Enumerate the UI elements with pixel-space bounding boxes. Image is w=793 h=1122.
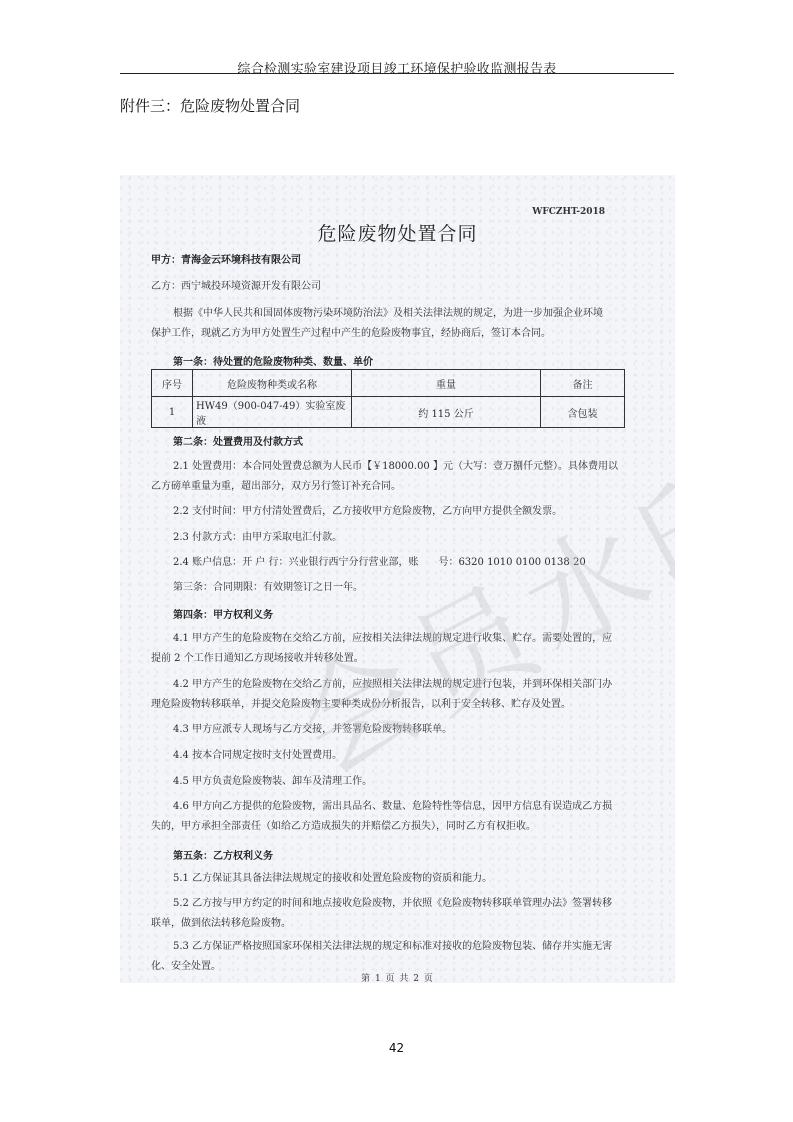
clause-4-2-line-2: 理危险废物转移联单，并提交危险废物主要种类成份分析报告，以利于安全转移、贮存及处… [151,699,571,711]
clause-2-1-line-1: 2.1 处置费用：本合同处置费总额为人民币【￥18000.00 】元（大写：壹万… [173,461,618,473]
table-row: 1 HW49（900-047-49）实验室废液 约 115 公斤 含包装 [152,397,625,428]
clause-2-2: 2.2 支付时间：甲方付清处置费后，乙方接收甲方危险废物，乙方向甲方提供全额发票… [173,506,562,518]
article-3: 第三条：合同期限：有效期签订之日一年。 [173,582,363,594]
header-cell-remark: 备注 [541,370,625,397]
table-header-row: 序号 危险废物种类或名称 重量 备注 [152,370,625,397]
header-rule [120,73,674,74]
clause-4-5: 4.5 甲方负责危险废物装、卸车及清理工作。 [173,776,372,788]
party-b: 乙方：西宁城投环境资源开发有限公司 [151,281,321,293]
clause-4-1-line-1: 4.1 甲方产生的危险废物在交给乙方前，应按相关法律法规的规定进行收集、贮存。需… [173,633,612,645]
scanned-contract-image: WFCZHT-2018 危险废物处置合同 甲方：青海金云环境科技有限公司 乙方：… [120,175,675,983]
cell-name: HW49（900-047-49）实验室废液 [193,397,352,428]
clause-5-2-line-2: 联单，做到依法转移危险废物。 [151,918,291,930]
cell-weight: 约 115 公斤 [352,397,541,428]
clause-5-1: 5.1 乙方保证其具备法律法规规定的接收和处置危险废物的资质和能力。 [173,873,492,885]
clause-5-3-line-1: 5.3 乙方保证严格按照国家环保相关法律法规的规定和标准对接收的危险废物包装、储… [173,941,612,953]
page-number: 42 [0,1041,793,1055]
scan-page-footer: 第 1 页 共 2 页 [120,971,675,983]
article-5-heading: 第五条：乙方权利义务 [173,847,273,862]
article-2-heading: 第二条：处置费用及付款方式 [173,433,303,448]
article-1-heading: 第一条：待处置的危险废物种类、数量、单价 [173,353,373,368]
clause-4-3: 4.3 甲方应派专人现场与乙方交接，并签署危险废物转移联单。 [173,724,452,736]
article-4-heading: 第四条：甲方权利义务 [173,606,273,621]
party-a: 甲方：青海金云环境科技有限公司 [151,255,301,267]
clause-2-3: 2.3 付款方式：由甲方采取电汇付款。 [173,532,342,544]
clause-4-1-line-2: 提前 2 个工作日通知乙方现场接收并转移处置。 [151,653,364,665]
preamble-line-1: 根据《中华人民共和国固体废物污染环境防治法》及相关法律法规的规定，为进一步加强企… [173,308,603,320]
header-cell-index: 序号 [152,370,193,397]
header-cell-name: 危险废物种类或名称 [193,370,352,397]
clause-4-6-line-1: 4.6 甲方向乙方提供的危险废物，需出具品名、数量、危险特性等信息，因甲方信息有… [173,801,612,813]
clause-2-4: 2.4 账户信息：开 户 行：兴业银行西宁分行营业部，账 号：6320 1010… [173,557,586,569]
clause-4-6-line-2: 失的，甲方承担全部责任（如给乙方造成损失的并赔偿乙方损失），同时乙方有权拒收。 [151,821,536,833]
clause-5-2-line-1: 5.2 乙方按与甲方约定的时间和地点接收危险废物，并依照《危险废物转移联单管理办… [173,898,612,910]
cell-remark: 含包装 [541,397,625,428]
header-cell-weight: 重量 [352,370,541,397]
attachment-title: 附件三：危险废物处置合同 [120,95,300,116]
preamble-line-2: 保护工作，现就乙方为甲方处置生产过程中产生的危险废物事宜，经协商后，签订本合同。 [151,328,551,340]
waste-table: 序号 危险废物种类或名称 重量 备注 1 HW49（900-047-49）实验室… [151,369,625,428]
running-header: 综合检测实验室建设项目竣工环境保护验收监测报告表 [120,58,674,77]
doc-code: WFCZHT-2018 [532,207,605,217]
contract-title: 危险废物处置合同 [120,219,675,246]
clause-4-2-line-1: 4.2 甲方产生的危险废物在交给乙方前，应按照相关法律法规的规定进行包装，并到环… [173,679,612,691]
clause-2-1-line-2: 乙方磅单重量为重，超出部分，双方另行签订补充合同。 [151,481,401,493]
clause-4-4: 4.4 按本合同规定按时支付处置费用。 [173,750,342,762]
cell-index: 1 [152,397,193,428]
